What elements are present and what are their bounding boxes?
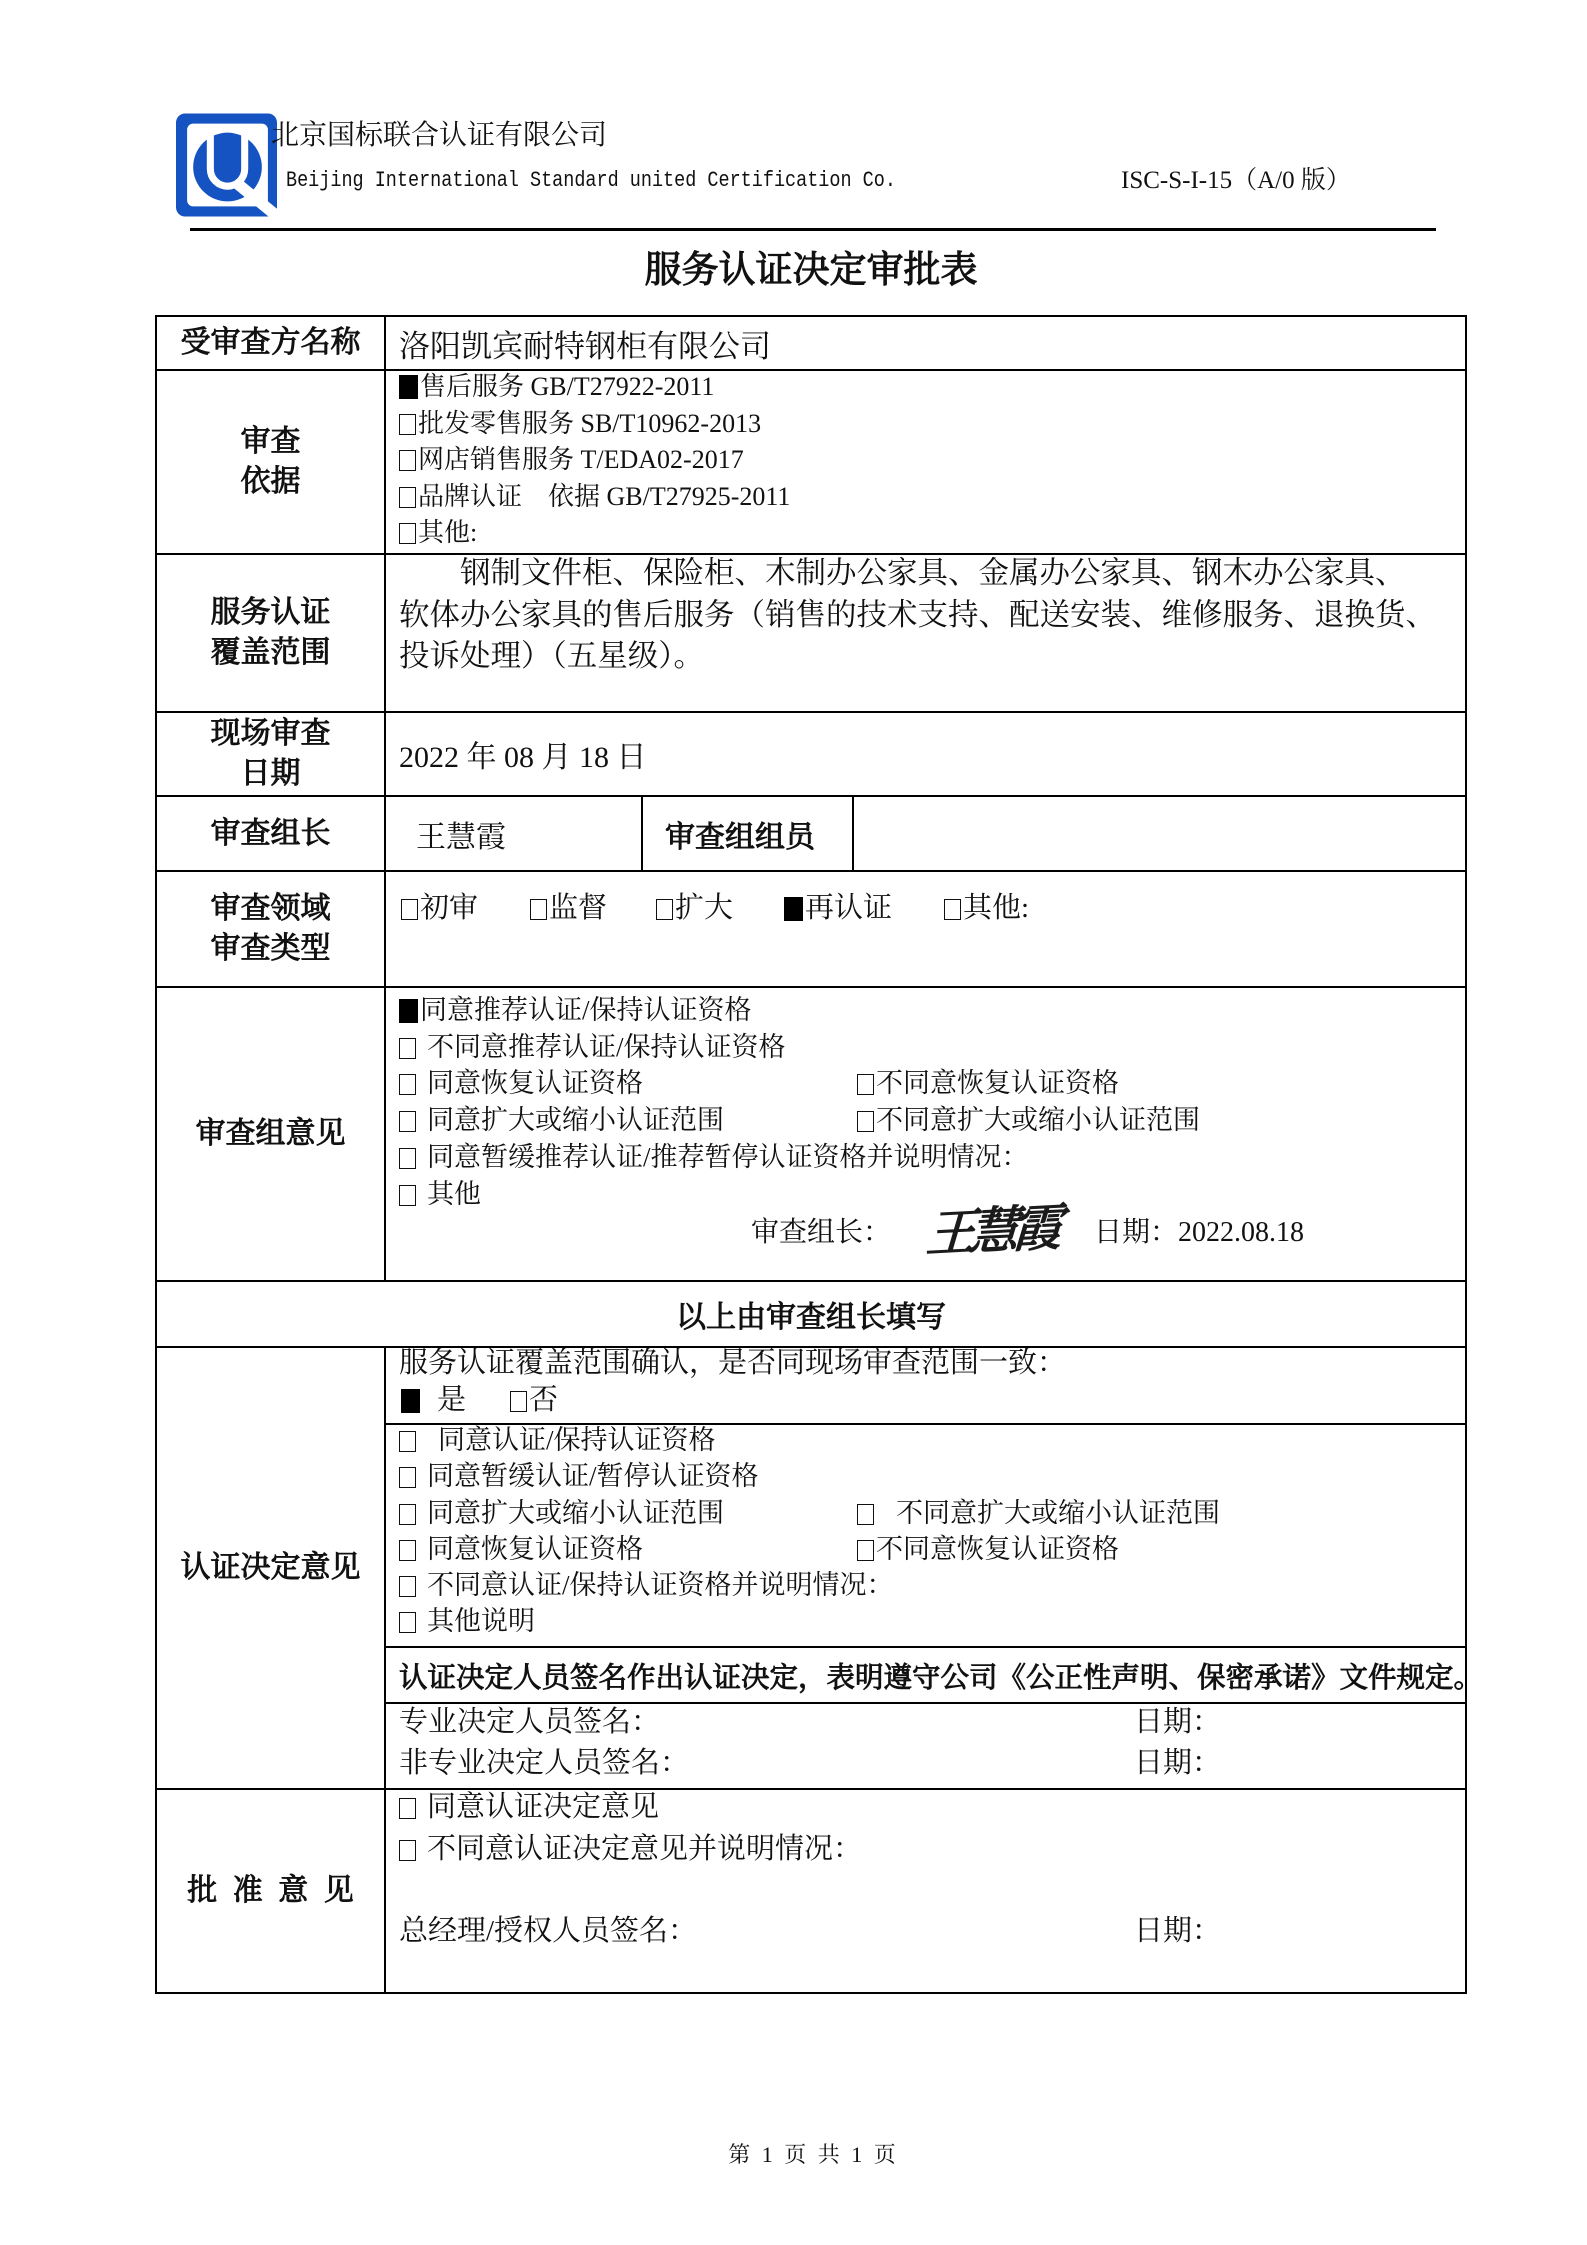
label-text: 批 准 意 见 (187, 1871, 354, 1911)
opinion-option-right: 不同意扩大或缩小认证范围 (857, 1102, 1200, 1139)
label-text: 审查组意见 (196, 1114, 346, 1154)
opinion-option: 不同意推荐认证/保持认证资格 (399, 1029, 1465, 1066)
team-members-value (854, 797, 1465, 870)
decision-option-pair: 同意恢复认证资格 不同意恢复认证资格 (399, 1531, 1465, 1567)
label-line: 现场审查 (211, 714, 331, 754)
approval-form-table: 受审查方名称 洛阳凯宾耐特钢柜有限公司 审查 依据 售后服务 GB/T27922… (155, 315, 1467, 1994)
checkbox (399, 375, 418, 399)
label-line: 日期 (241, 754, 301, 794)
page-number: 第 1 页 共 1 页 (612, 2141, 1012, 2169)
option-label: 同意认证决定意见 (427, 1791, 659, 1823)
basis-option: 批发零售服务 SB/T10962-2013 (399, 406, 790, 443)
company-name-cn: 北京国标联合认证有限公司 (271, 118, 607, 154)
option-label: 同意认证/保持认证资格 (438, 1425, 716, 1455)
decision-option-right: 不同意恢复认证资格 (857, 1531, 1119, 1567)
basis-option: 网店销售服务 T/EDA02-2017 (399, 442, 790, 479)
opinion-option-right: 不同意恢复认证资格 (857, 1065, 1119, 1102)
team-opinion-label: 审查组意见 (157, 988, 386, 1280)
basis-option: 其他: (399, 515, 790, 552)
row-approval: 批 准 意 见 同意认证决定意见 不同意认证决定意见并说明情况： 总经理/授权人… (157, 1788, 1465, 1992)
label-text: 受审查方名称 (181, 323, 361, 363)
decision-option-pair: 同意扩大或缩小认证范围 不同意扩大或缩小认证范围 (399, 1495, 1465, 1531)
audit-type-option: 初审 (401, 888, 478, 928)
option-label: 初审 (420, 892, 478, 924)
approval-label: 批 准 意 见 (157, 1790, 386, 1992)
date-label: 日期： (1094, 1217, 1178, 1248)
checkbox (399, 450, 416, 471)
row-decision: 认证决定意见 服务认证覆盖范围确认，是否同现场审查范围一致： 是 否 同意认证/… (157, 1346, 1465, 1788)
professional-sign-label: 专业决定人员签名： (399, 1702, 660, 1743)
option-label: 不同意恢复认证资格 (876, 1534, 1119, 1564)
team-members-label: 审查组组员 (643, 797, 854, 870)
approval-option: 不同意认证决定意见并说明情况： (399, 1829, 862, 1869)
page-title: 服务认证决定审批表 (155, 249, 1467, 293)
option-label: 同意扩大或缩小认证范围 (427, 1105, 724, 1135)
audit-basis-options: 售后服务 GB/T27922-2011 批发零售服务 SB/T10962-201… (386, 371, 1465, 553)
row-scope: 服务认证 覆盖范围 钢制文件柜、保险柜、木制办公家具、金属办公家具、钢木办公家具… (157, 553, 1465, 711)
option-label: 其他: (418, 518, 477, 547)
decision-option: 同意认证/保持认证资格 (399, 1422, 1465, 1458)
checkbox (399, 523, 416, 544)
opinion-option: 同意暂缓推荐认证/推荐暂停认证资格并说明情况： (399, 1139, 1465, 1176)
decision-signatures: 专业决定人员签名： 日期： 非专业决定人员签名： 日期： (386, 1702, 1465, 1788)
audit-date-value: 2022 年 08 月 18 日 (386, 713, 1465, 795)
scope-label: 服务认证 覆盖范围 (157, 555, 386, 711)
team-opinion-options: 同意推荐认证/保持认证资格 不同意推荐认证/保持认证资格 同意恢复认证资格 不同… (386, 988, 1465, 1280)
leader-signature-label: 审查组长： (751, 1211, 891, 1255)
checkbox (399, 999, 418, 1023)
audit-type-option: 扩大 (656, 888, 733, 928)
scope-text: 钢制文件柜、保险柜、木制办公家具、金属办公家具、钢木办公家具、 软体办公家具的售… (386, 555, 1465, 711)
scope-confirm-no: 否 (510, 1382, 558, 1419)
scope-line: 软体办公家具的售后服务（销售的技术支持、配送安装、维修服务、退换货、 (399, 595, 1436, 637)
approval-content: 同意认证决定意见 不同意认证决定意见并说明情况： 总经理/授权人员签名： 日期： (386, 1790, 1465, 1992)
label-line: 依据 (241, 462, 301, 502)
checkbox (944, 899, 961, 920)
row-filled-by-note: 以上由审查组长填写 (157, 1280, 1465, 1346)
decision-options: 同意认证/保持认证资格 同意暂缓认证/暂停认证资格 同意扩大或缩小认证范围 不同… (386, 1423, 1465, 1646)
option-label: 批发零售服务 SB/T10962-2013 (418, 409, 761, 438)
option-label: 不同意认证决定意见并说明情况： (427, 1833, 862, 1865)
checkbox (399, 1540, 416, 1561)
team-cells: 王慧霞 审查组组员 (386, 797, 1465, 870)
approval-sign-label: 总经理/授权人员签名： (399, 1911, 697, 1951)
team-leader-value: 王慧霞 (386, 797, 643, 870)
checkbox (399, 1840, 416, 1861)
option-label: 不同意认证/保持认证资格并说明情况： (427, 1570, 894, 1600)
option-label: 不同意推荐认证/保持认证资格 (427, 1032, 786, 1062)
option-label: 不同意恢复认证资格 (876, 1068, 1119, 1098)
decision-option: 其他说明 (399, 1603, 1465, 1639)
option-label: 品牌认证 依据 GB/T27925-2011 (418, 482, 790, 511)
opinion-option: 同意推荐认证/保持认证资格 (399, 992, 1465, 1029)
label-line: 覆盖范围 (211, 633, 331, 673)
basis-option: 品牌认证 依据 GB/T27925-2011 (399, 479, 790, 516)
checkbox (530, 899, 547, 920)
row-audit-team: 审查组长 王慧霞 审查组组员 (157, 795, 1465, 870)
row-auditee: 受审查方名称 洛阳凯宾耐特钢柜有限公司 (157, 317, 1465, 369)
option-label: 其他 (427, 1179, 481, 1209)
option-label: 售后服务 GB/T27922-2011 (420, 372, 714, 401)
leader-sign-date: 日期：2022.08.18 (1094, 1211, 1304, 1255)
decision-content: 服务认证覆盖范围确认，是否同现场审查范围一致： 是 否 同意认证/保持认证资格 … (386, 1348, 1465, 1788)
option-label: 不同意扩大或缩小认证范围 (896, 1498, 1220, 1528)
label-line: 审查领域 (211, 889, 331, 929)
audit-type-option: 其他: (944, 888, 1029, 928)
filled-by-note: 以上由审查组长填写 (676, 1292, 946, 1336)
header-divider (190, 228, 1436, 231)
checkbox (399, 1798, 416, 1819)
basis-option: 售后服务 GB/T27922-2011 (399, 369, 790, 406)
checkbox (784, 897, 803, 921)
nonprofessional-date-label: 日期： (1134, 1743, 1221, 1784)
checkbox (399, 1148, 416, 1169)
label-line: 审查 (241, 422, 301, 462)
checkbox (857, 1540, 874, 1561)
opinion-option-pair: 同意恢复认证资格 不同意恢复认证资格 (399, 1065, 1465, 1102)
option-label: 其他说明 (427, 1606, 535, 1636)
audit-date-label: 现场审查 日期 (157, 713, 386, 795)
row-audit-date: 现场审查 日期 2022 年 08 月 18 日 (157, 711, 1465, 795)
option-label: 不同意扩大或缩小认证范围 (876, 1105, 1200, 1135)
date-value: 2022.08.18 (1178, 1217, 1304, 1248)
decision-statement: 认证决定人员签名作出认证决定，表明遵守公司《公正性声明、保密承诺》文件规定。 (386, 1646, 1465, 1702)
decision-label: 认证决定意见 (157, 1348, 386, 1788)
scope-confirmation: 服务认证覆盖范围确认，是否同现场审查范围一致： 是 否 (386, 1348, 1465, 1423)
label-line: 审查类型 (211, 929, 331, 969)
checkbox (656, 899, 673, 920)
option-label: 扩大 (675, 892, 733, 924)
option-label: 其他: (963, 892, 1029, 924)
option-label: 否 (529, 1384, 558, 1416)
nonprofessional-sign-label: 非专业决定人员签名： (399, 1743, 689, 1784)
checkbox (399, 1074, 416, 1095)
option-label: 再认证 (805, 892, 892, 924)
audit-type-option: 再认证 (784, 888, 892, 928)
scope-confirm-yes: 是 (401, 1382, 466, 1419)
option-label: 同意恢复认证资格 (427, 1534, 643, 1564)
checkbox (399, 487, 416, 508)
checkbox (857, 1111, 874, 1132)
audit-basis-label: 审查 依据 (157, 371, 386, 553)
label-line: 服务认证 (211, 593, 331, 633)
approval-option: 同意认证决定意见 (399, 1787, 659, 1827)
leader-signature: 王慧霞 (926, 1206, 1055, 1264)
checkbox (401, 1389, 420, 1413)
row-audit-basis: 审查 依据 售后服务 GB/T27922-2011 批发零售服务 SB/T109… (157, 369, 1465, 553)
approval-date-label: 日期： (1134, 1911, 1221, 1951)
option-label: 监督 (549, 892, 607, 924)
audit-type-option: 监督 (530, 888, 607, 928)
option-label: 同意暂缓认证/暂停认证资格 (427, 1461, 759, 1491)
handwritten-signature: 王慧霞 (925, 1203, 1056, 1260)
label-text: 审查组长 (211, 814, 331, 854)
row-team-opinion: 审查组意见 同意推荐认证/保持认证资格 不同意推荐认证/保持认证资格 同意恢复认… (157, 986, 1465, 1280)
checkbox (399, 1038, 416, 1059)
option-label: 同意推荐认证/保持认证资格 (420, 995, 752, 1025)
checkbox (399, 1185, 416, 1206)
scope-line: 钢制文件柜、保险柜、木制办公家具、金属办公家具、钢木办公家具、 (399, 553, 1436, 595)
audit-type-options: 初审 监督 扩大 再认证 其他: (386, 872, 1465, 986)
decision-option-right: 不同意扩大或缩小认证范围 (857, 1495, 1220, 1531)
option-label: 同意扩大或缩小认证范围 (427, 1498, 724, 1528)
checkbox (399, 1467, 416, 1488)
team-leader-label: 审查组长 (157, 797, 386, 870)
checkbox (399, 1576, 416, 1597)
auditee-value: 洛阳凯宾耐特钢柜有限公司 (386, 317, 1465, 369)
checkbox (510, 1391, 527, 1412)
scope-confirm-question: 服务认证覆盖范围确认，是否同现场审查范围一致： (399, 1345, 1066, 1382)
checkbox (399, 1111, 416, 1132)
option-label: 是 (437, 1384, 466, 1416)
label-text: 认证决定意见 (181, 1548, 361, 1588)
option-label: 同意恢复认证资格 (427, 1068, 643, 1098)
opinion-option-pair: 同意扩大或缩小认证范围 不同意扩大或缩小认证范围 (399, 1102, 1465, 1139)
company-logo-icon (176, 113, 277, 217)
checkbox (399, 1504, 416, 1525)
auditee-label: 受审查方名称 (157, 317, 386, 369)
audit-type-label: 审查领域 审查类型 (157, 872, 386, 986)
checkbox (399, 1431, 416, 1452)
decision-option: 不同意认证/保持认证资格并说明情况： (399, 1567, 1465, 1603)
row-audit-type: 审查领域 审查类型 初审 监督 扩大 再认证 其他: (157, 870, 1465, 986)
checkbox (399, 414, 416, 435)
checkbox (857, 1504, 874, 1525)
option-label: 同意暂缓推荐认证/推荐暂停认证资格并说明情况： (427, 1142, 1029, 1172)
decision-option: 同意暂缓认证/暂停认证资格 (399, 1458, 1465, 1494)
company-name-en: Beijing International Standard united Ce… (286, 167, 896, 195)
document-code: ISC-S-I-15（A/0 版） (1121, 166, 1351, 196)
checkbox (401, 899, 418, 920)
checkbox (399, 1612, 416, 1633)
scope-line: 投诉处理）（五星级）。 (399, 636, 1436, 678)
checkbox (857, 1074, 874, 1095)
option-label: 网店销售服务 T/EDA02-2017 (418, 445, 744, 474)
professional-date-label: 日期： (1134, 1702, 1221, 1743)
